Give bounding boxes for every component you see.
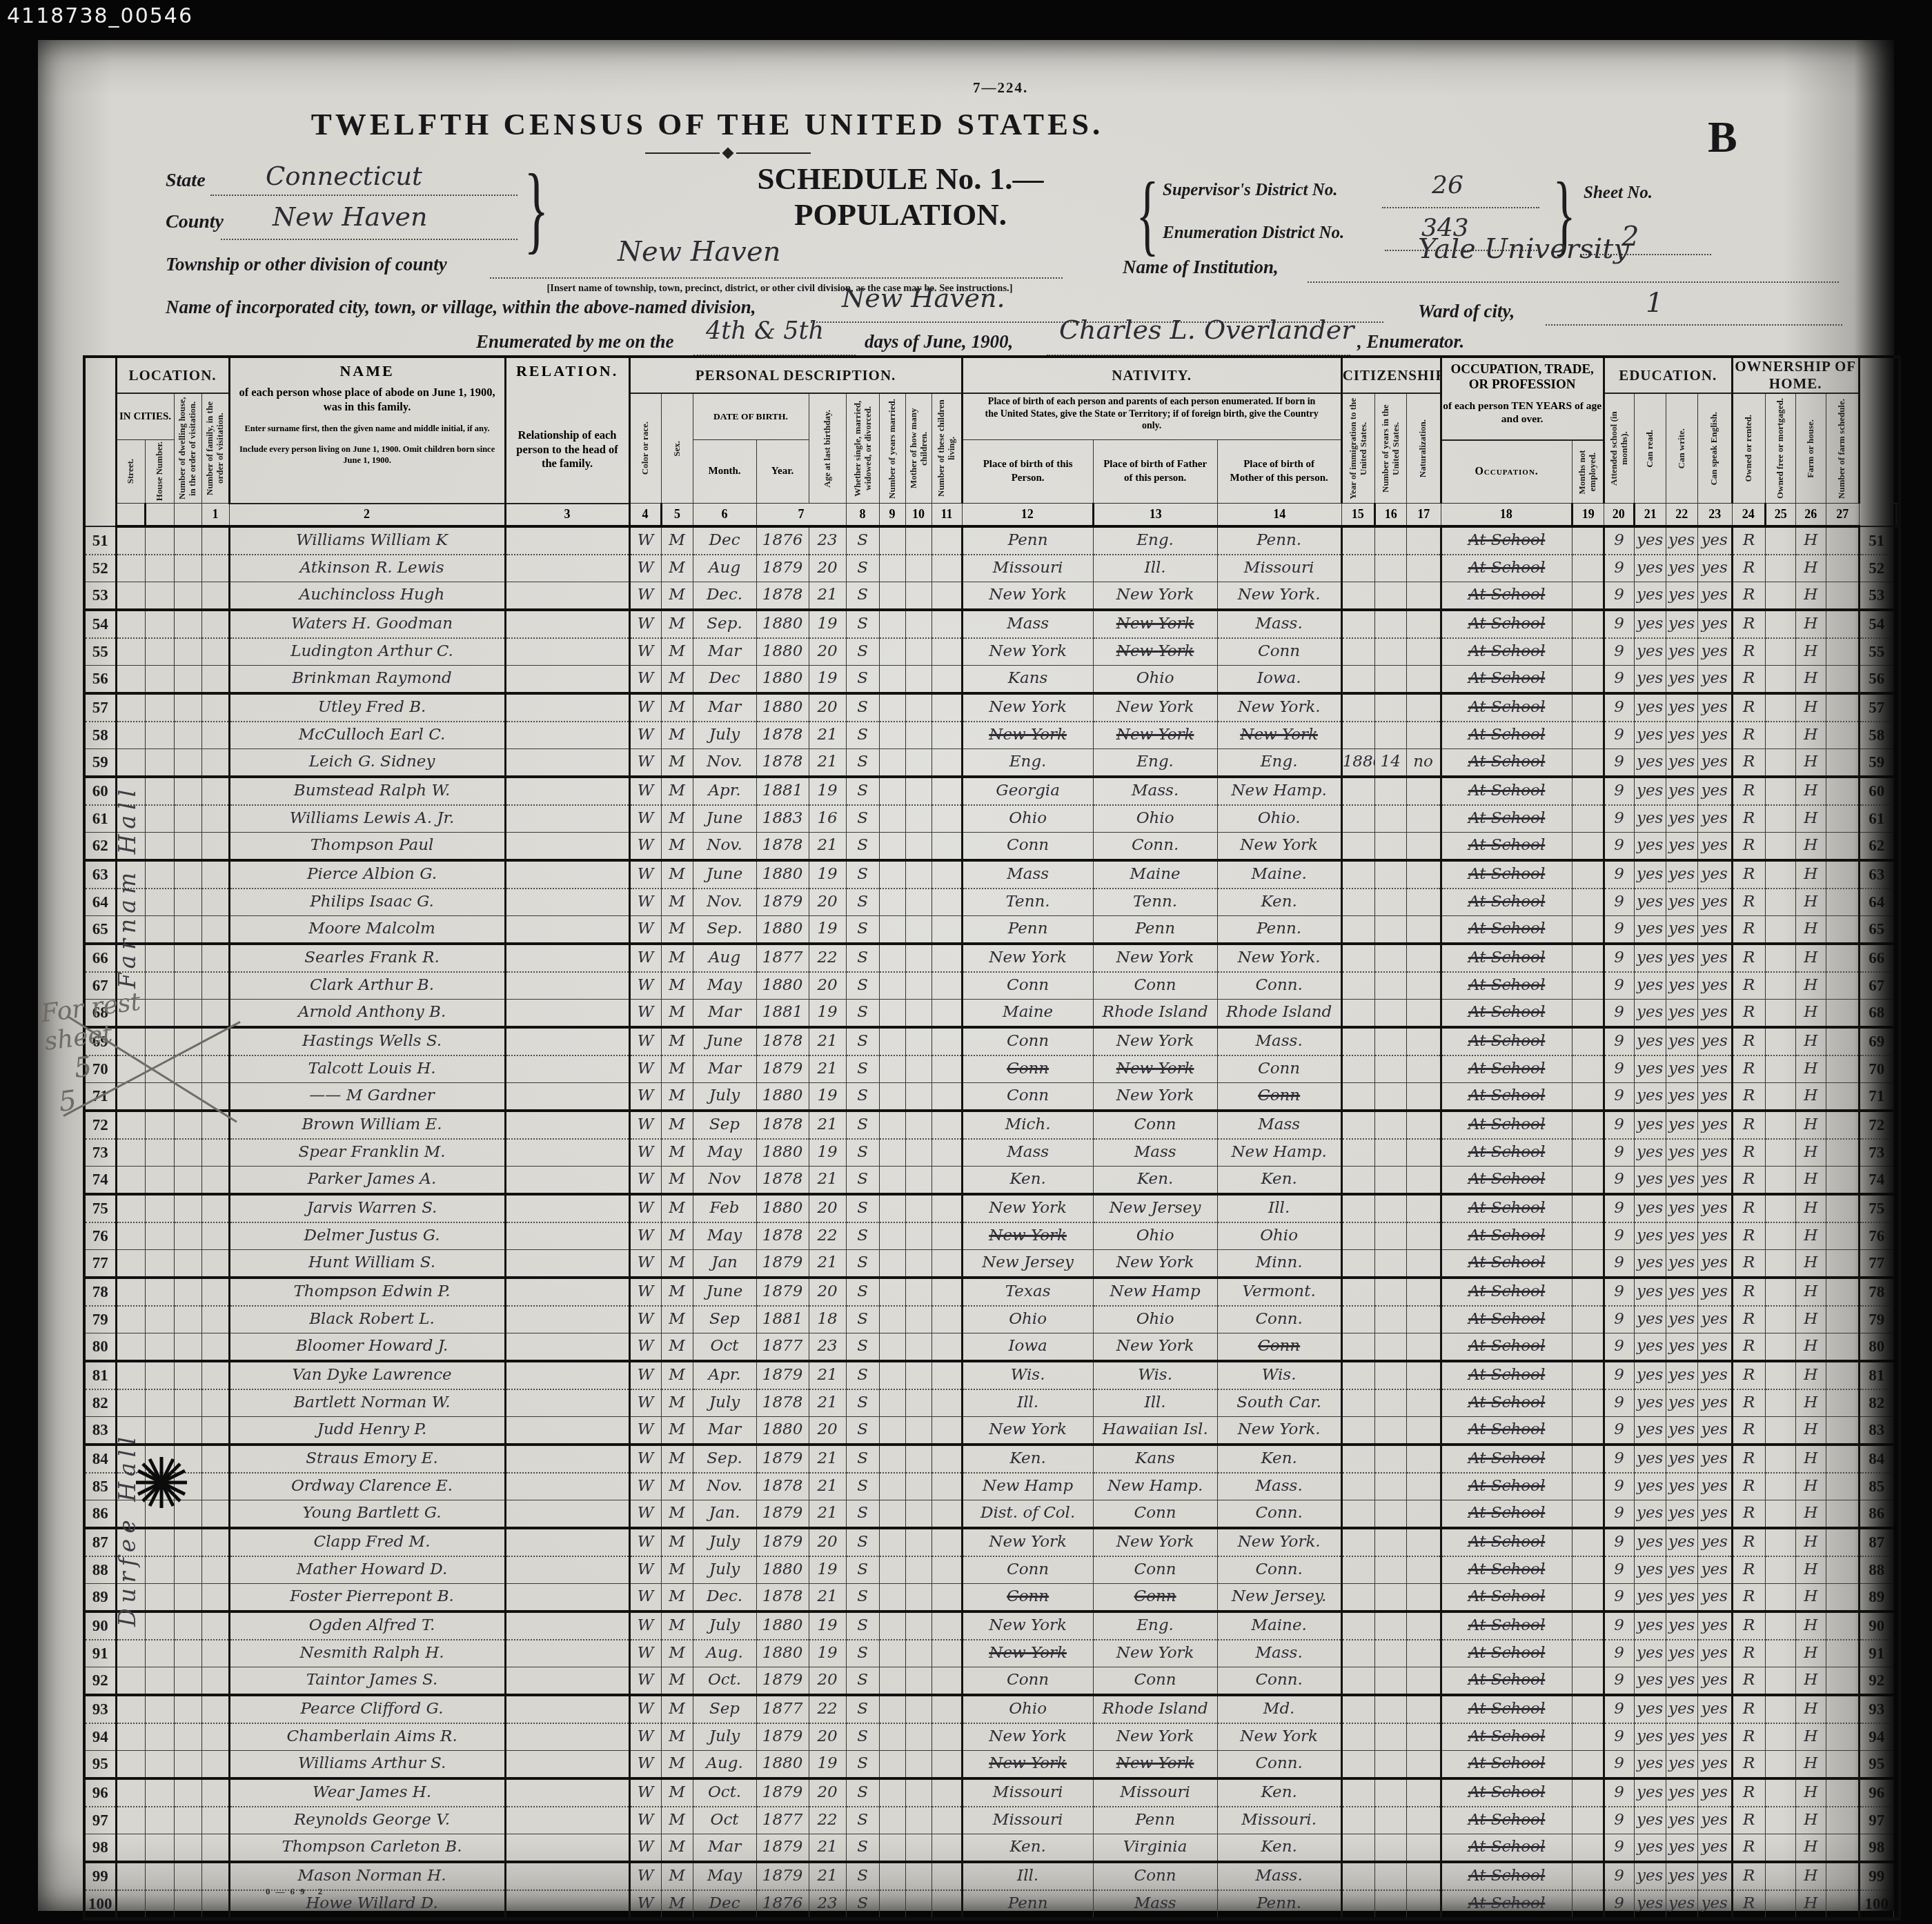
cell-pob-father: Ohio (1093, 665, 1217, 693)
cell-owned-free-mortgaged (1765, 665, 1795, 693)
cell-owned-rented: R (1732, 1583, 1765, 1611)
cell-mother-of-children (905, 1695, 931, 1723)
cell-months-not-employed (1572, 860, 1604, 889)
column-farm-schedule: Number of farm schedule. (1826, 393, 1859, 504)
cell-house-number (145, 1890, 174, 1919)
cell-pob-father: New Hamp (1093, 1278, 1217, 1306)
cell-sex: M (661, 1807, 693, 1834)
cell-years-married (879, 1194, 905, 1222)
cell-years-married (879, 1640, 905, 1667)
cell-house-number (145, 777, 174, 805)
cell-name: Judd Henry P. (229, 1416, 505, 1445)
cell-birth-year: 1880 (756, 1611, 809, 1640)
cell-marital-status: S (846, 1027, 879, 1055)
cell-can-write: yes (1666, 1528, 1697, 1556)
cell-immigration-year (1341, 1862, 1374, 1890)
row-number-right: 74 (1859, 1166, 1893, 1194)
cell-pob-person: New York (962, 638, 1093, 666)
cell-age: 21 (809, 1027, 846, 1055)
cell-immigration-year (1341, 1082, 1374, 1111)
cell-farm-schedule (1826, 1750, 1859, 1778)
cell-mother-of-children (905, 1445, 931, 1473)
cell-can-read: yes (1634, 1278, 1666, 1306)
census-row: 73Spear Franklin M.WMMay188019SMassMassN… (84, 1139, 1900, 1167)
cell-farm-house: H (1795, 748, 1826, 777)
cell-can-write: yes (1666, 1807, 1697, 1834)
cell-owned-rented: R (1732, 1111, 1765, 1139)
column-color-race: Color or race. (629, 393, 661, 504)
cell-attended-school: 9 (1604, 1416, 1634, 1445)
cell-pob-person: Mass (962, 610, 1093, 638)
cell-color-race: W (629, 555, 661, 582)
cell-owned-rented: R (1732, 915, 1765, 944)
cell-relation (505, 1640, 629, 1667)
cell-can-speak-english: yes (1697, 1500, 1732, 1528)
cell-naturalization (1406, 805, 1441, 833)
cell-can-speak-english: yes (1697, 1695, 1732, 1723)
cell-attended-school: 9 (1604, 1667, 1634, 1695)
cell-birth-month: Dec (693, 526, 756, 555)
cell-farm-schedule (1826, 1890, 1859, 1919)
cell-attended-school: 9 (1604, 1082, 1634, 1111)
cell-farm-house: H (1795, 1583, 1826, 1611)
row-number-right: 59 (1859, 748, 1893, 777)
cell-farm-schedule (1826, 1389, 1859, 1417)
row-number-right: 78 (1859, 1278, 1893, 1306)
cell-dwelling-number (174, 1834, 201, 1862)
cell-can-write: yes (1666, 1166, 1697, 1194)
cell-can-write: yes (1666, 805, 1697, 833)
cell-marital-status: S (846, 1082, 879, 1111)
row-number-right: 81 (1859, 1361, 1893, 1389)
cell-children-living (931, 889, 962, 916)
cell-color-race: W (629, 1500, 661, 1528)
cell-name: Delmer Justus G. (229, 1222, 505, 1250)
cell-farm-schedule (1826, 972, 1859, 1000)
cell-can-speak-english: yes (1697, 1082, 1732, 1111)
pencil-margin-note: For rest sheet 5 5 (39, 982, 198, 1119)
cell-farm-schedule (1826, 1695, 1859, 1723)
cell-immigration-year (1341, 1139, 1374, 1167)
cell-farm-schedule (1826, 915, 1859, 944)
cell-children-living (931, 972, 962, 1000)
cell-occupation: At School (1441, 1807, 1572, 1834)
census-row: 64Philips Isaac G.WMNov.187920STenn.Tenn… (84, 889, 1900, 916)
cell-owned-free-mortgaged (1765, 693, 1795, 722)
row-number-right: 97 (1859, 1807, 1893, 1834)
cell-farm-house: H (1795, 1834, 1826, 1862)
cell-can-write: yes (1666, 722, 1697, 749)
row-number-right: 58 (1859, 722, 1893, 749)
cell-name: Searles Frank R. (229, 944, 505, 972)
cell-dwelling-number (174, 1249, 201, 1278)
cell-color-race: W (629, 1834, 661, 1862)
cell-pob-person: Iowa (962, 1333, 1093, 1361)
cell-farm-schedule (1826, 1082, 1859, 1111)
cell-children-living (931, 1890, 962, 1919)
cell-farm-schedule (1826, 1055, 1859, 1083)
cell-relation (505, 1166, 629, 1194)
cell-name: Bloomer Howard J. (229, 1333, 505, 1361)
cell-birth-month: Nov (693, 1166, 756, 1194)
cell-sex: M (661, 1055, 693, 1083)
cell-house-number (145, 1695, 174, 1723)
cell-children-living (931, 1695, 962, 1723)
cell-pob-mother: Ken. (1217, 889, 1341, 916)
cell-owned-rented: R (1732, 1249, 1765, 1278)
cell-mother-of-children (905, 1416, 931, 1445)
cell-children-living (931, 1807, 962, 1834)
cell-marital-status: S (846, 805, 879, 833)
census-row: 72Brown William E.WMSep187821SMich.ConnM… (84, 1111, 1900, 1139)
cell-marital-status: S (846, 1528, 879, 1556)
cell-owned-rented: R (1732, 1723, 1765, 1751)
row-number-right: 96 (1859, 1778, 1893, 1807)
cell-occupation: At School (1441, 1333, 1572, 1361)
cell-pob-mother: Rhode Island (1217, 999, 1341, 1027)
cell-birth-year: 1880 (756, 1640, 809, 1667)
cell-street (116, 1834, 145, 1862)
cell-farm-house: H (1795, 1361, 1826, 1389)
cell-children-living (931, 1139, 962, 1167)
cell-children-living (931, 1583, 962, 1611)
cell-months-not-employed (1572, 1640, 1604, 1667)
cell-months-not-employed (1572, 1416, 1604, 1445)
cell-can-speak-english: yes (1697, 999, 1732, 1027)
occupation-group-title: OCCUPATION, TRADE, OR PROFESSION (1442, 362, 1603, 393)
cell-sex: M (661, 582, 693, 610)
cell-owned-free-mortgaged (1765, 1862, 1795, 1890)
cell-mother-of-children (905, 582, 931, 610)
cell-years-in-us (1374, 1027, 1406, 1055)
cell-can-speak-english: yes (1697, 1640, 1732, 1667)
census-row: 75Jarvis Warren S.WMFeb188020SNew YorkNe… (84, 1194, 1900, 1222)
cell-pob-mother: New York. (1217, 1528, 1341, 1556)
cell-house-number (145, 693, 174, 722)
cell-farm-house: H (1795, 1333, 1826, 1361)
cell-sex: M (661, 1778, 693, 1807)
cell-farm-house: H (1795, 638, 1826, 666)
cell-mother-of-children (905, 1862, 931, 1890)
cell-immigration-year (1341, 915, 1374, 944)
cell-can-read: yes (1634, 1583, 1666, 1611)
row-number-right: 70 (1859, 1055, 1893, 1083)
cell-months-not-employed (1572, 1306, 1604, 1333)
cell-occupation: At School (1441, 1445, 1572, 1473)
cell-years-in-us (1374, 1139, 1406, 1167)
cell-relation (505, 1027, 629, 1055)
cell-dwelling-number (174, 1194, 201, 1222)
census-row: 82Bartlett Norman W.WMJuly187821SIll.Ill… (84, 1389, 1900, 1417)
cell-years-married (879, 889, 905, 916)
cell-relation (505, 860, 629, 889)
cell-months-not-employed (1572, 610, 1604, 638)
cell-mother-of-children (905, 1834, 931, 1862)
cell-farm-house: H (1795, 1139, 1826, 1167)
row-number-right: 82 (1859, 1389, 1893, 1417)
cell-pob-mother: New York (1217, 722, 1341, 749)
cell-dwelling-number (174, 638, 201, 666)
row-number-left: 99 (84, 1862, 116, 1890)
cell-house-number (145, 1834, 174, 1862)
cell-naturalization (1406, 1807, 1441, 1834)
cell-farm-house: H (1795, 1807, 1826, 1834)
column-marital-status: Whether single, married, widowed, or div… (846, 393, 879, 504)
column-number: 17 (1406, 504, 1441, 526)
cell-house-number (145, 1166, 174, 1194)
cell-can-write: yes (1666, 1445, 1697, 1473)
cell-years-in-us (1374, 693, 1406, 722)
row-number-left: 58 (84, 722, 116, 749)
cell-marital-status: S (846, 722, 879, 749)
cell-can-speak-english: yes (1697, 1583, 1732, 1611)
census-row: 99Mason Norman H.WMMay187921SIll.ConnMas… (84, 1862, 1900, 1890)
cell-pob-father: Mass. (1093, 777, 1217, 805)
cell-birth-month: Aug. (693, 1640, 756, 1667)
cell-age: 21 (809, 748, 846, 777)
cell-children-living (931, 805, 962, 833)
row-number-right: 80 (1859, 1333, 1893, 1361)
cell-immigration-year (1341, 1389, 1374, 1417)
cell-occupation: At School (1441, 777, 1572, 805)
cell-birth-year: 1878 (756, 748, 809, 777)
cell-sex: M (661, 526, 693, 555)
cell-can-write: yes (1666, 638, 1697, 666)
cell-farm-schedule (1826, 1667, 1859, 1695)
cell-farm-house: H (1795, 1166, 1826, 1194)
cell-farm-house: H (1795, 944, 1826, 972)
cell-attended-school: 9 (1604, 915, 1634, 944)
cell-naturalization (1406, 1500, 1441, 1528)
census-row: 52Atkinson R. LewisWMAug187920SMissouriI… (84, 555, 1900, 582)
cell-name: Leich G. Sidney (229, 748, 505, 777)
cell-relation (505, 1611, 629, 1640)
row-number-left: 66 (84, 944, 116, 972)
cell-birth-year: 1880 (756, 1139, 809, 1167)
cell-mother-of-children (905, 693, 931, 722)
cell-children-living (931, 1640, 962, 1667)
cell-pob-mother: South Car. (1217, 1389, 1341, 1417)
cell-months-not-employed (1572, 1027, 1604, 1055)
cell-can-write: yes (1666, 860, 1697, 889)
column-months-not-employed: Months not employed. (1572, 440, 1604, 504)
cell-months-not-employed (1572, 1278, 1604, 1306)
cell-occupation: At School (1441, 1611, 1572, 1640)
cell-can-speak-english: yes (1697, 1166, 1732, 1194)
cell-naturalization (1406, 1111, 1441, 1139)
cell-house-number (145, 526, 174, 555)
cell-pob-father: Conn. (1093, 832, 1217, 860)
cell-can-speak-english: yes (1697, 1139, 1732, 1167)
cell-farm-house: H (1795, 1528, 1826, 1556)
census-sheet-paper: 7—224. TWELFTH CENSUS OF THE UNITED STAT… (38, 40, 1894, 1911)
cell-farm-schedule (1826, 1416, 1859, 1445)
cell-marital-status: S (846, 1862, 879, 1890)
cell-dwelling-number (174, 860, 201, 889)
cell-name: Reynolds George V. (229, 1807, 505, 1834)
cell-farm-schedule (1826, 1306, 1859, 1333)
cell-owned-free-mortgaged (1765, 526, 1795, 555)
cell-years-in-us (1374, 1389, 1406, 1417)
cell-can-read: yes (1634, 665, 1666, 693)
cell-relation (505, 1139, 629, 1167)
cell-naturalization (1406, 1862, 1441, 1890)
cell-pob-person: New York (962, 1416, 1093, 1445)
cell-family-number (201, 999, 229, 1027)
cell-children-living (931, 1862, 962, 1890)
cell-family-number (201, 1473, 229, 1500)
cell-can-speak-english: yes (1697, 1333, 1732, 1361)
cell-farm-house: H (1795, 1249, 1826, 1278)
cell-farm-schedule (1826, 1556, 1859, 1584)
cell-owned-rented: R (1732, 1222, 1765, 1250)
cell-pob-mother: Mass. (1217, 1473, 1341, 1500)
cell-sex: M (661, 1723, 693, 1751)
cell-farm-house: H (1795, 832, 1826, 860)
cell-birth-month: Oct (693, 1807, 756, 1834)
cell-family-number (201, 1583, 229, 1611)
cell-sex: M (661, 1222, 693, 1250)
row-number-right: 95 (1859, 1750, 1893, 1778)
cell-children-living (931, 1778, 962, 1807)
cell-relation (505, 1583, 629, 1611)
cell-can-speak-english: yes (1697, 582, 1732, 610)
cell-age: 20 (809, 1723, 846, 1751)
census-row: 51Williams William KWMDec187623SPennEng.… (84, 526, 1900, 555)
cell-children-living (931, 748, 962, 777)
cell-owned-rented: R (1732, 1640, 1765, 1667)
cell-age: 18 (809, 1306, 846, 1333)
cell-occupation: At School (1441, 638, 1572, 666)
cell-sex: M (661, 1528, 693, 1556)
cell-can-read: yes (1634, 972, 1666, 1000)
cell-owned-free-mortgaged (1765, 1556, 1795, 1584)
cell-birth-year: 1878 (756, 1166, 809, 1194)
cell-family-number (201, 1834, 229, 1862)
cell-family-number (201, 1445, 229, 1473)
cell-farm-house: H (1795, 1445, 1826, 1473)
cell-age: 19 (809, 777, 846, 805)
cell-dwelling-number (174, 1778, 201, 1807)
cell-children-living (931, 860, 962, 889)
cell-owned-free-mortgaged (1765, 1055, 1795, 1083)
form-number: 7—224. (931, 79, 1069, 97)
cell-name: Parker James A. (229, 1166, 505, 1194)
column-years-married: Number of years married. (879, 393, 905, 504)
cell-pob-mother: Mass. (1217, 1640, 1341, 1667)
cell-years-married (879, 1082, 905, 1111)
cell-marital-status: S (846, 1778, 879, 1807)
cell-can-speak-english: yes (1697, 665, 1732, 693)
census-row: 58McCulloch Earl C.WMJuly187821SNew York… (84, 722, 1900, 749)
cell-owned-free-mortgaged (1765, 1723, 1795, 1751)
cell-can-speak-english: yes (1697, 1890, 1732, 1919)
cell-family-number (201, 1389, 229, 1417)
cell-birth-month: Dec. (693, 1583, 756, 1611)
cell-pob-father: Hawaiian Isl. (1093, 1416, 1217, 1445)
cell-occupation: At School (1441, 1416, 1572, 1445)
cell-mother-of-children (905, 1640, 931, 1667)
cell-mother-of-children (905, 1500, 931, 1528)
cell-can-write: yes (1666, 1750, 1697, 1778)
cell-farm-schedule (1826, 1583, 1859, 1611)
cell-years-in-us (1374, 1611, 1406, 1640)
cell-can-write: yes (1666, 1027, 1697, 1055)
cell-dwelling-number (174, 1139, 201, 1167)
cell-naturalization (1406, 1473, 1441, 1500)
cell-months-not-employed (1572, 1333, 1604, 1361)
cell-dwelling-number (174, 665, 201, 693)
cell-marital-status: S (846, 1723, 879, 1751)
cell-years-married (879, 1890, 905, 1919)
census-row: 97Reynolds George V.WMOct187722SMissouri… (84, 1807, 1900, 1834)
name-note1: Enter surname first, then the given name… (237, 424, 497, 435)
cell-naturalization (1406, 1695, 1441, 1723)
row-number-left: 54 (84, 610, 116, 638)
cell-name: Mather Howard D. (229, 1556, 505, 1584)
column-immigration-year: Year of immigration to the United States… (1341, 393, 1374, 504)
cell-sex: M (661, 1445, 693, 1473)
cell-color-race: W (629, 1750, 661, 1778)
cell-color-race: W (629, 1027, 661, 1055)
cell-relation (505, 1389, 629, 1417)
ward-label: Ward of city, (1418, 301, 1515, 322)
cell-name: Moore Malcolm (229, 915, 505, 944)
cell-mother-of-children (905, 1111, 931, 1139)
cell-mother-of-children (905, 555, 931, 582)
cell-children-living (931, 722, 962, 749)
cell-pob-mother: Missouri. (1217, 1807, 1341, 1834)
cell-sex: M (661, 860, 693, 889)
cell-mother-of-children (905, 1055, 931, 1083)
cell-house-number (145, 832, 174, 860)
cell-can-read: yes (1634, 999, 1666, 1027)
cell-house-number (145, 1139, 174, 1167)
cell-family-number (201, 1194, 229, 1222)
cell-years-married (879, 1807, 905, 1834)
cell-street (116, 1862, 145, 1890)
cell-naturalization (1406, 944, 1441, 972)
cell-name: Philips Isaac G. (229, 889, 505, 916)
cell-age: 21 (809, 582, 846, 610)
cell-attended-school: 9 (1604, 1194, 1634, 1222)
cell-months-not-employed (1572, 1055, 1604, 1083)
cell-pob-mother: Wis. (1217, 1361, 1341, 1389)
cell-immigration-year (1341, 1723, 1374, 1751)
cell-years-in-us (1374, 999, 1406, 1027)
cell-name: Young Bartlett G. (229, 1500, 505, 1528)
cell-owned-rented: R (1732, 1862, 1765, 1890)
cell-years-in-us (1374, 860, 1406, 889)
cell-relation (505, 1445, 629, 1473)
cell-pob-person: New York (962, 1222, 1093, 1250)
in-cities-header: IN CITIES. (116, 393, 174, 440)
cell-farm-schedule (1826, 582, 1859, 610)
cell-relation (505, 1111, 629, 1139)
column-number: 14 (1217, 504, 1341, 526)
cell-occupation: At School (1441, 1750, 1572, 1778)
cell-name: Pierce Albion G. (229, 860, 505, 889)
cell-naturalization (1406, 638, 1441, 666)
cell-years-married (879, 1778, 905, 1807)
cell-family-number (201, 805, 229, 833)
row-number-right: 87 (1859, 1528, 1893, 1556)
cell-attended-school: 9 (1604, 582, 1634, 610)
cell-immigration-year (1341, 638, 1374, 666)
census-row: 80Bloomer Howard J.WMOct187723SIowaNew Y… (84, 1333, 1900, 1361)
cell-can-write: yes (1666, 610, 1697, 638)
cell-mother-of-children (905, 722, 931, 749)
